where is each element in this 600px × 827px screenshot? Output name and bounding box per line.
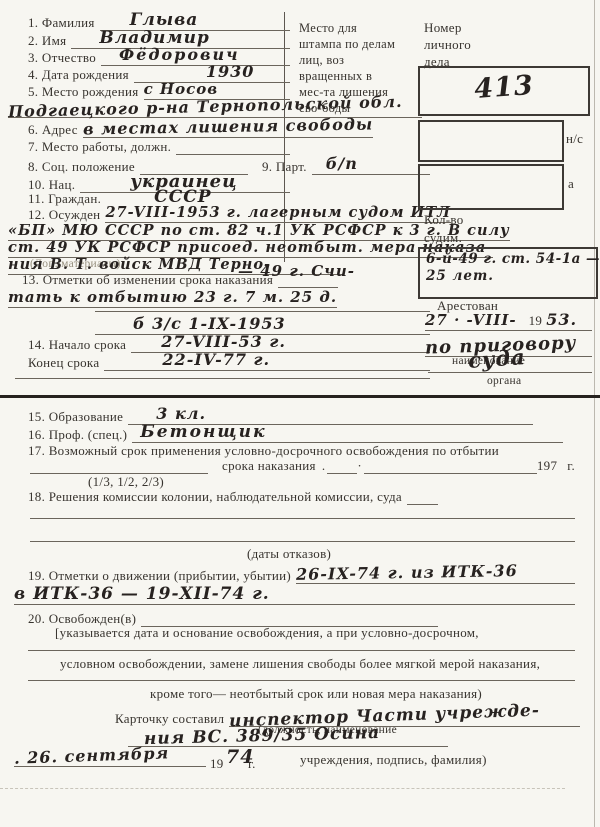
file-number-label: Номер личного дела [424,20,496,71]
convicted-line1: 27-VIII-1953 г. лагерным судом ИТЛ [105,204,451,223]
field-convicted: 12. Осужден 27-VIII-1953 г. лагерным суд… [28,204,336,223]
released-note2: условном освобождении, замене лишения св… [60,656,540,672]
org-caption-bottom: органа [487,375,521,387]
compiled-date-hand: . 26. сентября [14,745,170,766]
compiled-year-suffix: г. [248,756,256,772]
convicted-value1: 27-VIII-1953 г. лагерным судом ИТЛ [105,206,451,221]
field-address: 6. Адрес в местах лишения свободы [28,119,290,138]
convicted-value4: ния В. Т. войск МВД Терно- [8,258,271,273]
work-line [176,154,290,155]
field-term-end: Конец срока 22-IV-77 г. [28,352,430,371]
parole-blank-seg [30,459,208,474]
surname-label: 1. Фамилия [28,15,95,31]
field-work: 7. Место работы, должн. [28,139,290,155]
term-start-label: 14. Начало срока [28,337,126,353]
field-movement-l2: в ИТК-36 — 19-XII-74 г. [14,586,575,605]
arrested-year-printed: 19 [529,313,543,328]
movement-hand1: 26-IX-74 г. из ИТК-36 [296,563,518,583]
blank-line-1 [95,311,430,312]
term-change-hand1-wrap: — 49 г. Счи- [238,263,355,281]
birth-place-label: 5. Место рождения [28,84,139,100]
movement-line1: 26-IX-74 г. из ИТК-36 [296,565,575,584]
stamp-note: Место для штампа по делам лиц, воз враще… [299,20,399,116]
transfer-note-value: б 3/с 1-IX-1953 [133,316,286,332]
file-number-value: 413 [419,68,588,107]
convicted-label: 12. Осужден [28,207,100,223]
bottom-faint-line [0,788,565,789]
term-end-value: 22-IV-77 г. [162,352,270,368]
term-start-value: 27-VIII-53 г. [161,334,286,350]
parole-line-row: срока наказания . · 197 г. [30,458,575,474]
term-change-line2: тать к отбытию 23 г. 7 м. 25 д. [8,289,337,308]
compiled-date-row: . 26. сентября [14,748,206,767]
released-blank-2 [28,680,575,681]
parole-seg-1 [327,459,357,474]
refusal-dates-caption: (даты отказов) [247,546,331,562]
scan-edge [594,0,595,827]
term-change-hand2: тать к отбытию 23 г. 7 м. 25 д. [8,290,337,305]
parole-year-suffix: г. [567,458,575,474]
parole-year: 197 [537,458,557,474]
profession-line: Бетонщик [132,424,563,443]
field-education: 15. Образование 3 кл. [28,406,533,425]
compiled-hand2: ния ВС. 389/35 Осина [144,725,381,748]
term-change-hand1: — 49 г. Счи- [238,264,355,279]
party-value: б/п [326,156,358,172]
address-line: в местах лишения свободы [83,119,373,138]
commission-blank-2 [30,541,575,542]
term-change-label: 13. Отметки об изменении срока наказания [22,272,273,288]
parole-label: 17. Возможный срок применения условно-до… [28,443,499,459]
movement-label: 19. Отметки о движении (прибытии, убытии… [28,568,291,584]
compiled-line2: ния ВС. 389/35 Осина [128,728,448,747]
convictions-value2: 25 лет. [426,270,596,284]
profession-value: Бетонщик [140,424,266,441]
a-label: а [568,176,574,192]
parole-seg-2 [364,459,537,474]
commission-blank-1 [30,518,575,519]
education-value: 3 кл. [156,406,206,422]
arrested-date-hand: 27 · -VIII- [425,313,517,328]
prisoner-registration-card: 1. Фамилия Глыва 2. Имя Владимир 3. Отче… [0,0,600,827]
parole-dot: . [322,458,326,474]
compiled-date-line: . 26. сентября [14,748,206,767]
org-hand-value: суда [467,346,526,371]
patronymic-value: Фёдорович [119,47,240,63]
released-blank-1 [28,650,575,651]
compiled-label: Карточку составил [115,711,224,727]
party-line: б/п [312,156,430,175]
convictions-value1: 6-й-49 г. ст. 54-1а — [426,253,596,267]
movement-hand2: в ИТК-36 — 19-XII-74 г. [14,586,270,603]
ns-box [418,120,564,162]
ns-label: н/с [566,131,583,147]
arrested-date-line: 27 · -VIII- 19 53. [425,312,592,331]
commission-label: 18. Решения комиссии колонии, наблюдател… [28,489,402,505]
parole-fractions: (1/3, 1/2, 2/3) [88,474,164,490]
released-note3: кроме того— неотбытый срок или новая мер… [150,686,482,702]
blank-line-2 [15,378,430,379]
parole-mid-label: срока наказания [222,458,316,474]
arrested-year-hand: 53. [546,312,577,328]
term-end-label: Конец срока [28,355,99,371]
compiled-year-printed: 19 [210,756,224,772]
term-end-line: 22-IV-77 г. [104,352,430,371]
field-term-change-l2: тать к отбытию 23 г. 7 м. 25 д. [8,289,333,308]
surname-value: Глыва [130,12,199,29]
personal-file-number-box: 413 [418,66,590,116]
address-label: 6. Адрес [28,122,78,138]
movement-line2: в ИТК-36 — 19-XII-74 г. [14,586,575,605]
commission-line [407,504,438,505]
arrested-date-row: 27 · -VIII- 19 53. [425,312,592,331]
field-commission: 18. Решения комиссии колонии, наблюдател… [28,489,438,505]
field-compiled-l2: ния ВС. 389/35 Осина [128,728,448,747]
parole-middot: · [357,458,362,474]
education-label: 15. Образование [28,409,123,425]
profession-label: 16. Проф. (спец.) [28,427,127,443]
section-rule [0,395,600,398]
address-value: в местах лишения свободы [83,116,373,137]
work-label: 7. Место работы, должн. [28,139,171,155]
convictions-box: 6-й-49 г. ст. 54-1а — 25 лет. [418,247,598,299]
compiled-caption2: учреждения, подпись, фамилия) [300,752,487,768]
released-note1: [указывается дата и основание освобожден… [55,625,479,641]
field-profession: 16. Проф. (спец.) Бетонщик [28,424,563,443]
org-line [428,372,592,373]
field-movement: 19. Отметки о движении (прибытии, убытии… [28,565,575,584]
a-box [418,164,564,210]
birth-date-value: 1930 [206,64,255,80]
birth-place-value: с Носов [144,82,219,97]
convictions-label: Кол-во судим. [424,211,494,246]
